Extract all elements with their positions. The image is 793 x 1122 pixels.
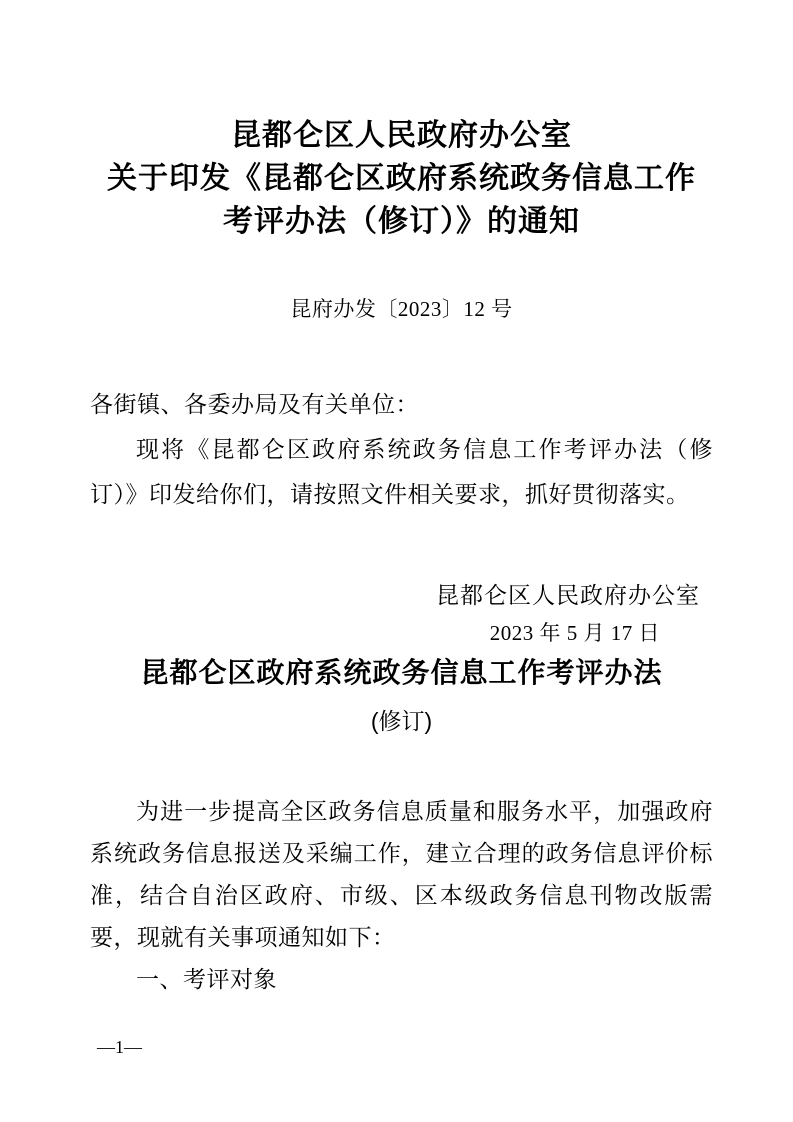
measure-title: 昆都仑区政府系统政务信息工作考评办法 — [90, 652, 713, 694]
issue-date: 2023 年 5 月 17 日 — [90, 614, 713, 652]
notice-body: 各街镇、各委办局及有关单位： 现将《昆都仑区政府系统政务信息工作考评办法（修订）… — [90, 382, 713, 517]
document-page: 昆都仑区人民政府办公室 关于印发《昆都仑区政府系统政务信息工作 考评办法（修订）… — [0, 0, 793, 1122]
issuing-office-signature: 昆都仑区人民政府办公室 — [90, 576, 713, 614]
notice-title-line-2: 关于印发《昆都仑区政府系统政务信息工作 — [90, 157, 713, 200]
notice-title-line-1: 昆都仑区人民政府办公室 — [90, 114, 713, 157]
measure-subtitle: (修订) — [90, 703, 713, 739]
document-number: 昆府办发〔2023〕12 号 — [90, 296, 713, 322]
notice-title: 昆都仑区人民政府办公室 关于印发《昆都仑区政府系统政务信息工作 考评办法（修订）… — [90, 114, 713, 243]
signature-block: 昆都仑区人民政府办公室 2023 年 5 月 17 日 — [90, 576, 713, 652]
notice-title-line-3: 考评办法（修订）》的通知 — [90, 200, 713, 243]
addressee-line: 各街镇、各委办局及有关单位： — [90, 382, 713, 427]
notice-body-paragraph: 现将《昆都仑区政府系统政务信息工作考评办法（修订）》印发给你们，请按照文件相关要… — [90, 427, 713, 517]
page-number: —1— — [97, 1036, 142, 1058]
section-1-heading: 一、考评对象 — [90, 958, 713, 1000]
measure-intro-paragraph: 为进一步提高全区政务信息质量和服务水平，加强政府系统政务信息报送及采编工作，建立… — [90, 790, 713, 958]
